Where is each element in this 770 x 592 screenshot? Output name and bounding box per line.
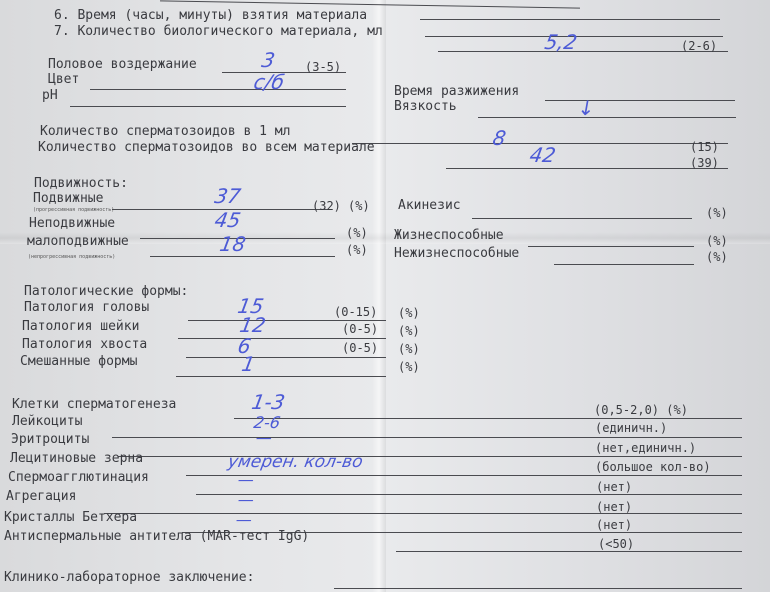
mar-line [396,551,742,552]
count-total-value[interactable]: 42 [528,143,558,167]
crystals-value[interactable]: — [234,510,253,529]
pathology-mixed-label: Смешанные формы [20,354,137,369]
pathology-tail-line [186,357,386,358]
immotile-label: Неподвижные [29,216,115,231]
mar-label: Антиспермальные антитела (MAR-тест IgG) [4,529,309,544]
pathology-head-line [188,320,386,321]
pathology-neck-norm: (0-5) [342,322,378,336]
pathology-tail-unit: (%) [398,342,420,356]
ph-line [70,106,346,107]
agglutination-label: Спермоагглютинация [8,470,149,485]
count-total-norm: (39) [690,156,719,170]
nonprogressive-value[interactable]: 18 [218,232,248,256]
abstinence-value[interactable]: 3 [260,48,277,72]
progressive-unit: (%) [348,199,370,213]
item6-line [420,19,720,20]
pathology-neck-label: Патология шейки [22,319,139,334]
conclusion-label: Клинико-лабораторное заключение: [4,570,254,585]
cells-value[interactable]: 1-3 [250,390,287,414]
pathology-tail-norm: (0-5) [342,341,378,355]
count-total-label: Количество сперматозоидов во всем матери… [38,140,375,155]
viable-unit: (%) [706,234,728,248]
viscosity-line [478,117,736,118]
pathology-mixed-unit: (%) [398,360,420,374]
nonprogressive-sublabel: (непрогрессивная подвижность) [28,254,115,260]
cells-label: Клетки сперматогенеза [12,397,176,412]
pathology-mixed-value[interactable]: 1 [240,352,257,376]
count-per-ml-norm: (15) [690,140,719,154]
paper-fold [372,0,386,592]
akinesis-unit: (%) [706,206,728,220]
aggregation-label: Агрегация [6,489,76,504]
leukocytes-line [112,437,742,438]
progressive-label: Подвижные [33,191,103,206]
lecithin-value[interactable]: умерен. кол-во [226,452,364,472]
pathology-head-norm: (0-15) [334,305,377,319]
leukocytes-label: Лейкоциты [12,414,82,429]
cells-line [234,418,742,419]
item7-label: 7. Количество биологического материала, … [54,24,383,39]
motility-heading: Подвижность: [34,176,128,191]
conclusion-line [334,588,742,589]
erythrocytes-value[interactable]: — [254,428,273,447]
viscosity-label: Вязкость [394,99,457,114]
immotile-unit: (%) [346,226,368,240]
abstinence-label: Половое воздержание [48,57,197,72]
agglutination-value[interactable]: — [236,470,255,489]
color-value[interactable]: с/б [252,70,286,94]
pathology-neck-line [178,338,386,339]
viable-label: Жизнеспособные [394,228,504,243]
abstinence-norm: (3-5) [305,60,341,74]
aggregation-line [104,513,742,514]
lecithin-norm: (большое кол-во) [595,460,711,474]
item7-norm: (2-6) [681,39,717,53]
viable-line [528,246,694,247]
nonviable-unit: (%) [706,250,728,264]
color-label: Цвет [48,72,79,87]
lecithin-label: Лецитиновые зерна [10,451,143,466]
crystals-norm: (нет) [596,518,632,532]
nonprogressive-unit: (%) [346,243,368,257]
nonprogressive-line [150,256,335,257]
erythrocytes-norm: (нет,единичн.) [595,441,696,455]
pathology-mixed-line [176,376,386,377]
mar-norm: (<50) [598,537,634,551]
akinesis-label: Акинезис [398,198,461,213]
agglutination-line [196,494,742,495]
item6-label: 6. Время (часы, минуты) взятия материала [54,8,367,23]
erythrocytes-label: Эритроциты [11,432,89,447]
count-total-line [446,168,728,169]
pathology-head-label: Патология головы [24,300,149,315]
agglutination-norm: (нет) [596,480,632,494]
cells-norm: (0,5-2,0) (%) [594,403,688,417]
progressive-sublabel: (прогрессивная подвижность) [33,207,114,213]
nonviable-line [554,264,694,265]
pathology-neck-unit: (%) [398,324,420,338]
immotile-value[interactable]: 45 [213,208,243,232]
crystals-label: Кристаллы Бетхера [4,510,137,525]
pathology-tail-label: Патология хвоста [22,337,147,352]
progressive-norm: (32) [312,199,341,213]
pathology-heading: Патологические формы: [24,284,188,299]
pathology-head-unit: (%) [398,306,420,320]
count-per-ml-label: Количество сперматозоидов в 1 мл [40,124,290,139]
nonviable-label: Нежизнеспособные [394,246,519,261]
lecithin-line [186,475,742,476]
leukocytes-norm: (единичн.) [595,421,667,435]
ph-label: pH [42,88,58,103]
color-line [90,89,346,90]
item7-value[interactable]: 5,2 [543,30,579,54]
akinesis-line [472,218,692,219]
aggregation-value[interactable]: — [236,490,255,509]
liquefaction-line [545,100,735,101]
aggregation-norm: (нет) [596,500,632,514]
nonprogressive-label: малоподвижные [27,234,129,249]
erythrocytes-line [118,456,742,457]
progressive-value[interactable]: 37 [213,184,243,208]
liquefaction-label: Время разжижения [394,84,519,99]
count-per-ml-value[interactable]: 8 [491,126,508,150]
